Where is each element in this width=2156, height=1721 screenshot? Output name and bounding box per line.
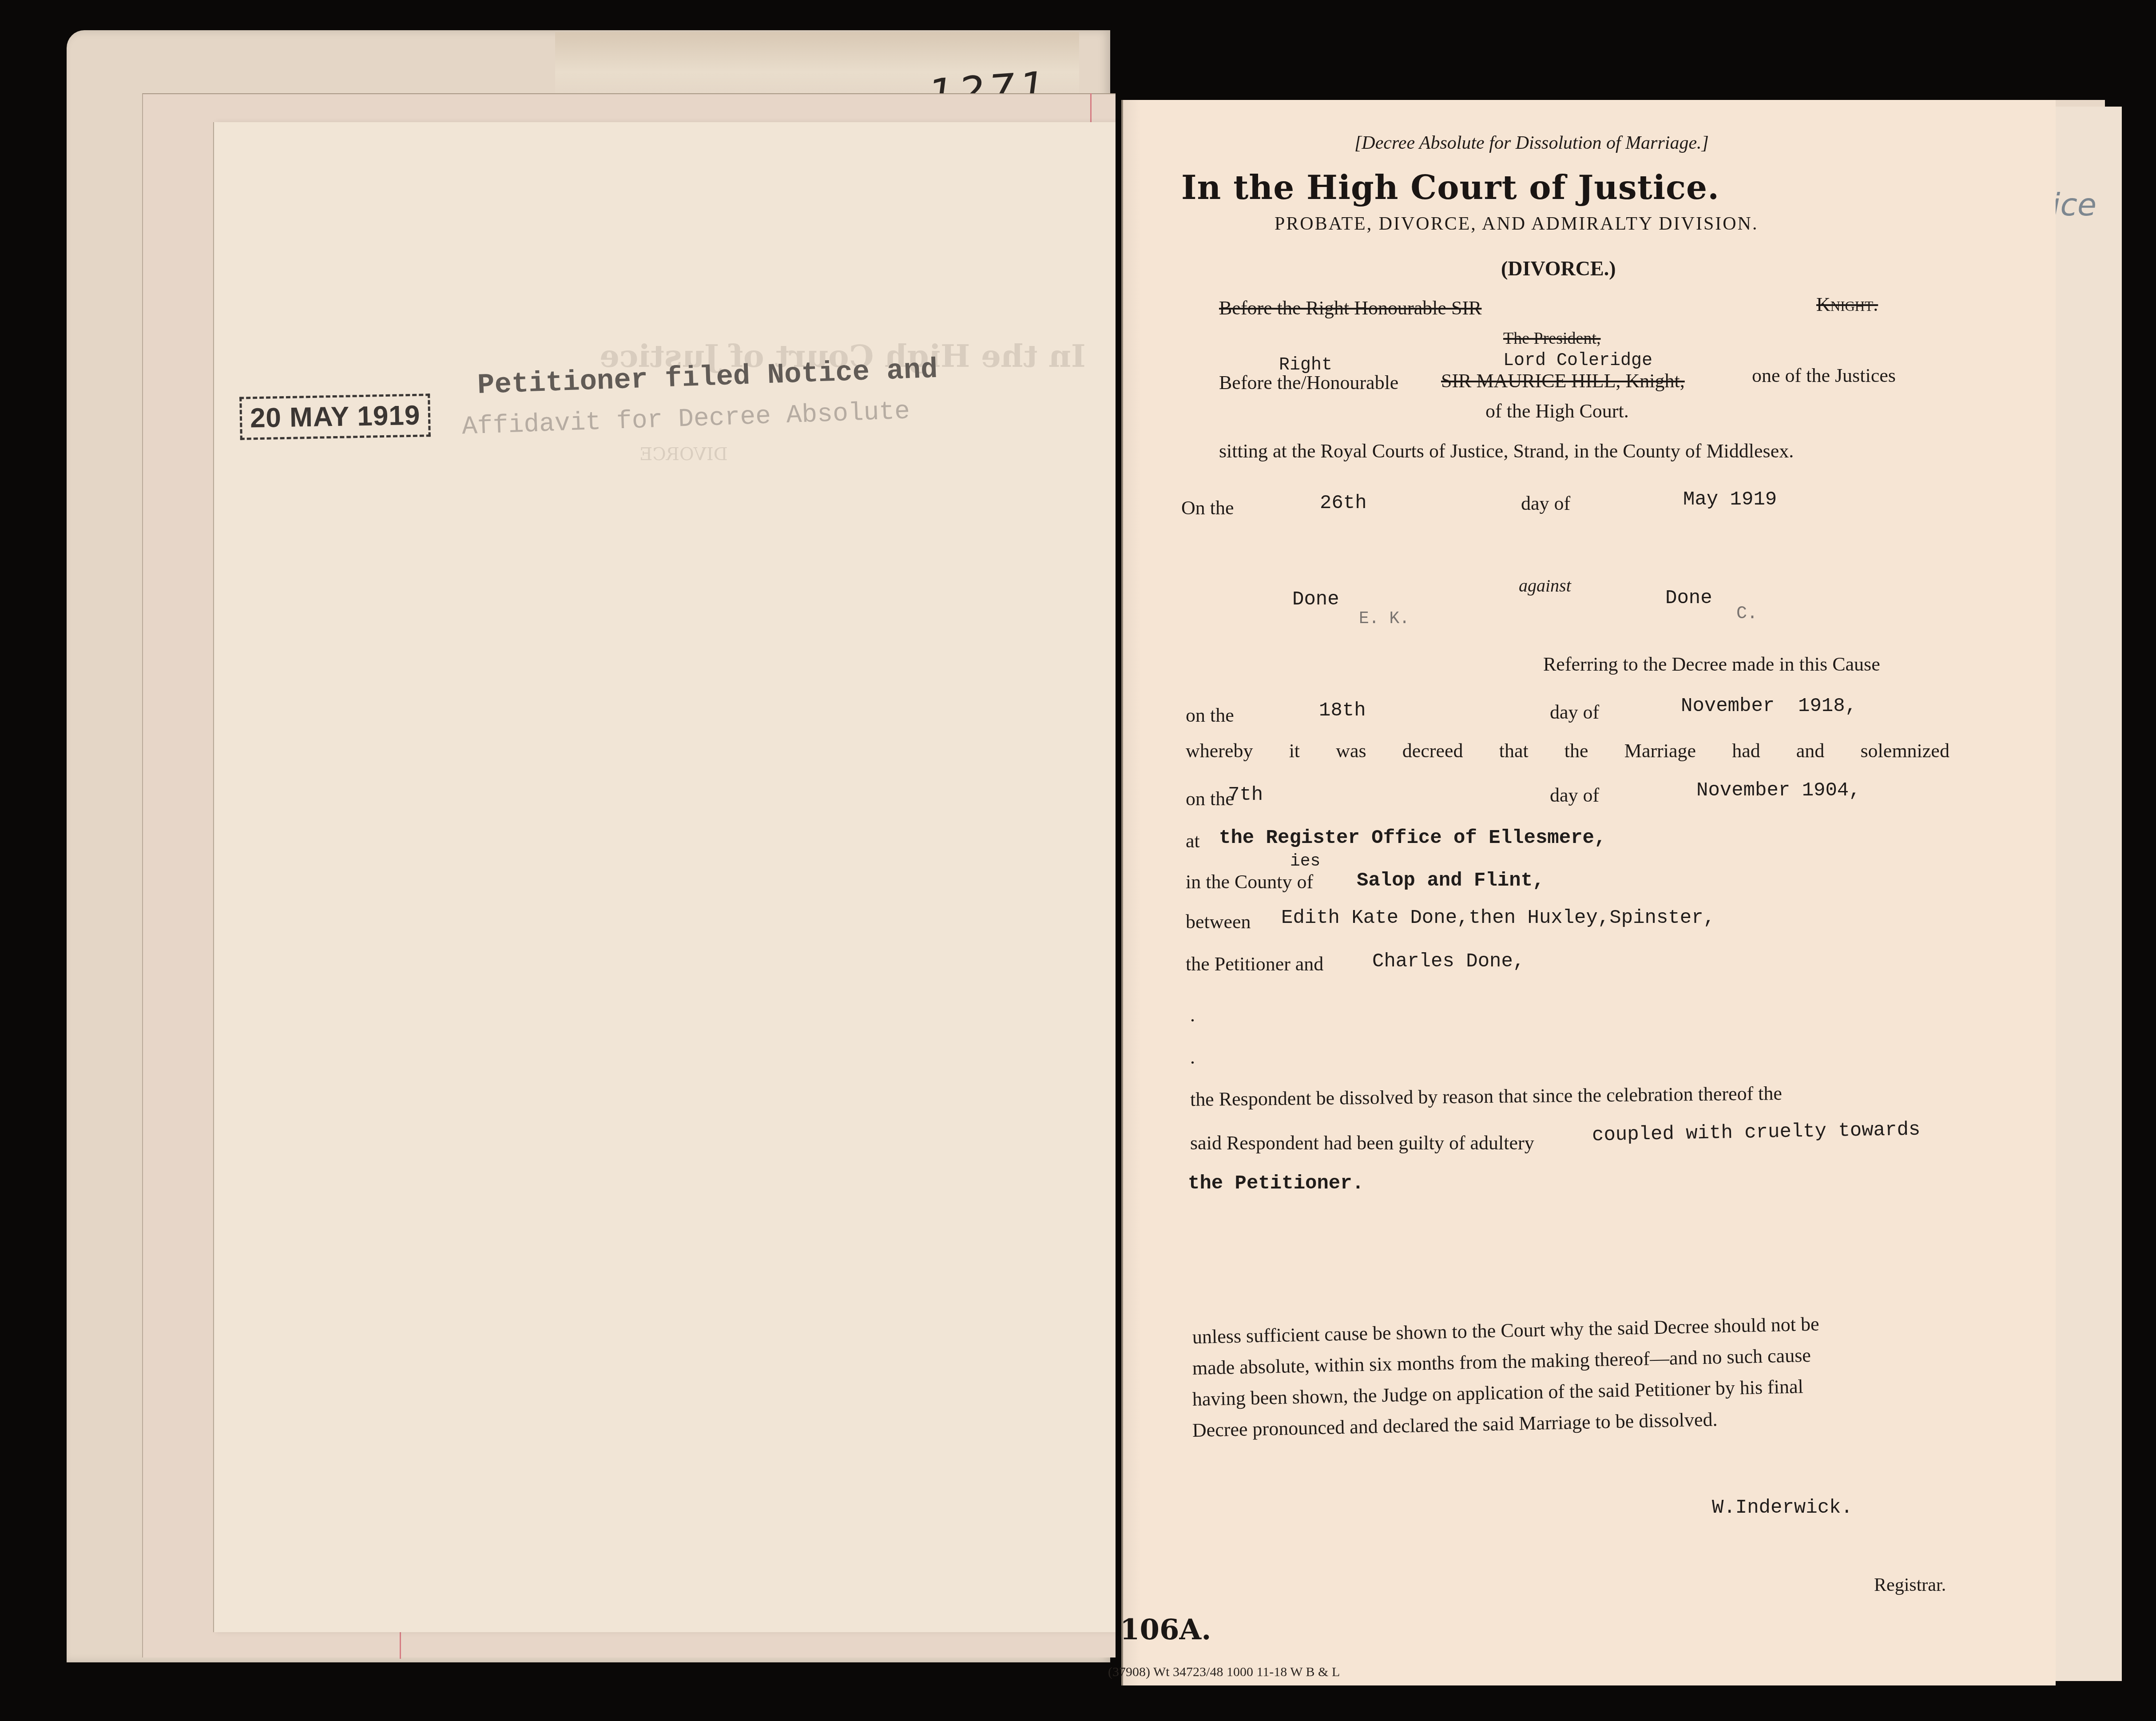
word: whereby <box>1186 739 1253 762</box>
printer-imprint: (37908) Wt 34723/48 1000 11-18 W B & L <box>1108 1665 1340 1680</box>
petitioner-and-label: the Petitioner and <box>1186 953 1323 975</box>
word: it <box>1289 739 1300 762</box>
county-value: Salop and Flint, <box>1357 870 1544 892</box>
struck-before-line: Before the Right Honourable SIR <box>1219 297 1481 319</box>
against-label: against <box>1519 575 1571 596</box>
marriage-day: 7th <box>1228 784 1263 806</box>
sitting-at-line: sitting at the Royal Courts of Justice, … <box>1219 440 1794 462</box>
word: the <box>1564 739 1588 762</box>
subdivision-heading: (DIVORCE.) <box>1501 257 1616 280</box>
referring-line: Referring to the Decree made in this Cau… <box>1543 653 1880 676</box>
dissolved-line-3-typed: the Petitioner. <box>1188 1173 1364 1195</box>
struck-president: The President, <box>1503 329 1601 348</box>
county-label: in the County of <box>1186 870 1313 893</box>
respondent-surname: Done <box>1665 587 1712 609</box>
petitioner-full-name: Edith Kate Done,then Huxley,Spinster, <box>1281 907 1715 929</box>
nisi-day: 18th <box>1319 700 1366 722</box>
word: and <box>1796 739 1825 762</box>
word: that <box>1499 739 1529 762</box>
word: decreed <box>1402 739 1463 762</box>
respondent-initial: C. <box>1736 604 1758 624</box>
registrar-title: Registrar. <box>1874 1574 1946 1596</box>
one-of-the-justices: one of the Justices <box>1752 364 1896 387</box>
on-the-label-3: on the <box>1186 787 1234 810</box>
before-prefix: Before the/Honourable <box>1219 371 1398 394</box>
petitioner-surname: Done <box>1292 588 1339 611</box>
between-label: between <box>1186 910 1251 933</box>
marriage-place: the Register Office of Ellesmere, <box>1219 827 1606 849</box>
whereby-line: whereby it was decreed that the Marriage… <box>1186 739 1950 762</box>
division-heading: PROBATE, DIVORCE, AND ADMIRALTY DIVISION… <box>1275 213 1758 235</box>
on-the-label: On the <box>1181 497 1234 519</box>
word: had <box>1732 739 1760 762</box>
day-of-label-2: day of <box>1550 701 1599 723</box>
margin-handwriting: ice <box>2052 187 2096 223</box>
struck-judge: SIR MAURICE HILL, Knight, <box>1441 370 1685 392</box>
day-of-label: day of <box>1521 492 1570 515</box>
dot-mark: . <box>1190 1046 1195 1069</box>
day-of-label-3: day of <box>1550 784 1599 807</box>
inserted-judge-name: Lord Coleridge <box>1503 351 1652 371</box>
dissolved-line-2-print: said Respondent had been guilty of adult… <box>1190 1132 1534 1154</box>
on-the-label-2: on the <box>1186 704 1234 727</box>
marriage-month-year: November 1904, <box>1696 779 1861 802</box>
show-through-subheading: DIVORCE <box>639 444 728 465</box>
form-number: 106A. <box>1120 1613 1211 1646</box>
at-label: at <box>1186 830 1200 852</box>
petitioner-initials: E. K. <box>1359 609 1410 628</box>
registrar-signature: W.Inderwick. <box>1712 1497 1853 1519</box>
form-title: [Decree Absolute for Dissolution of Marr… <box>1354 132 1709 154</box>
county-insertion: ies <box>1290 852 1320 871</box>
of-the-high-court: of the High Court. <box>1485 400 1629 422</box>
decree-month-year: May 1919 <box>1683 489 1777 511</box>
court-heading: In the High Court of Justice. <box>1181 169 1719 207</box>
word: Marriage <box>1624 739 1696 762</box>
date-stamp: 20 MAY 1919 <box>239 393 431 440</box>
struck-knight: Knight. <box>1816 293 1878 316</box>
word: was <box>1336 739 1366 762</box>
word: solemnized <box>1861 739 1950 762</box>
decree-day: 26th <box>1320 492 1367 514</box>
dot-mark: . <box>1190 1004 1195 1026</box>
respondent-full-name: Charles Done, <box>1372 950 1525 973</box>
nisi-month-year: November 1918, <box>1681 695 1857 717</box>
